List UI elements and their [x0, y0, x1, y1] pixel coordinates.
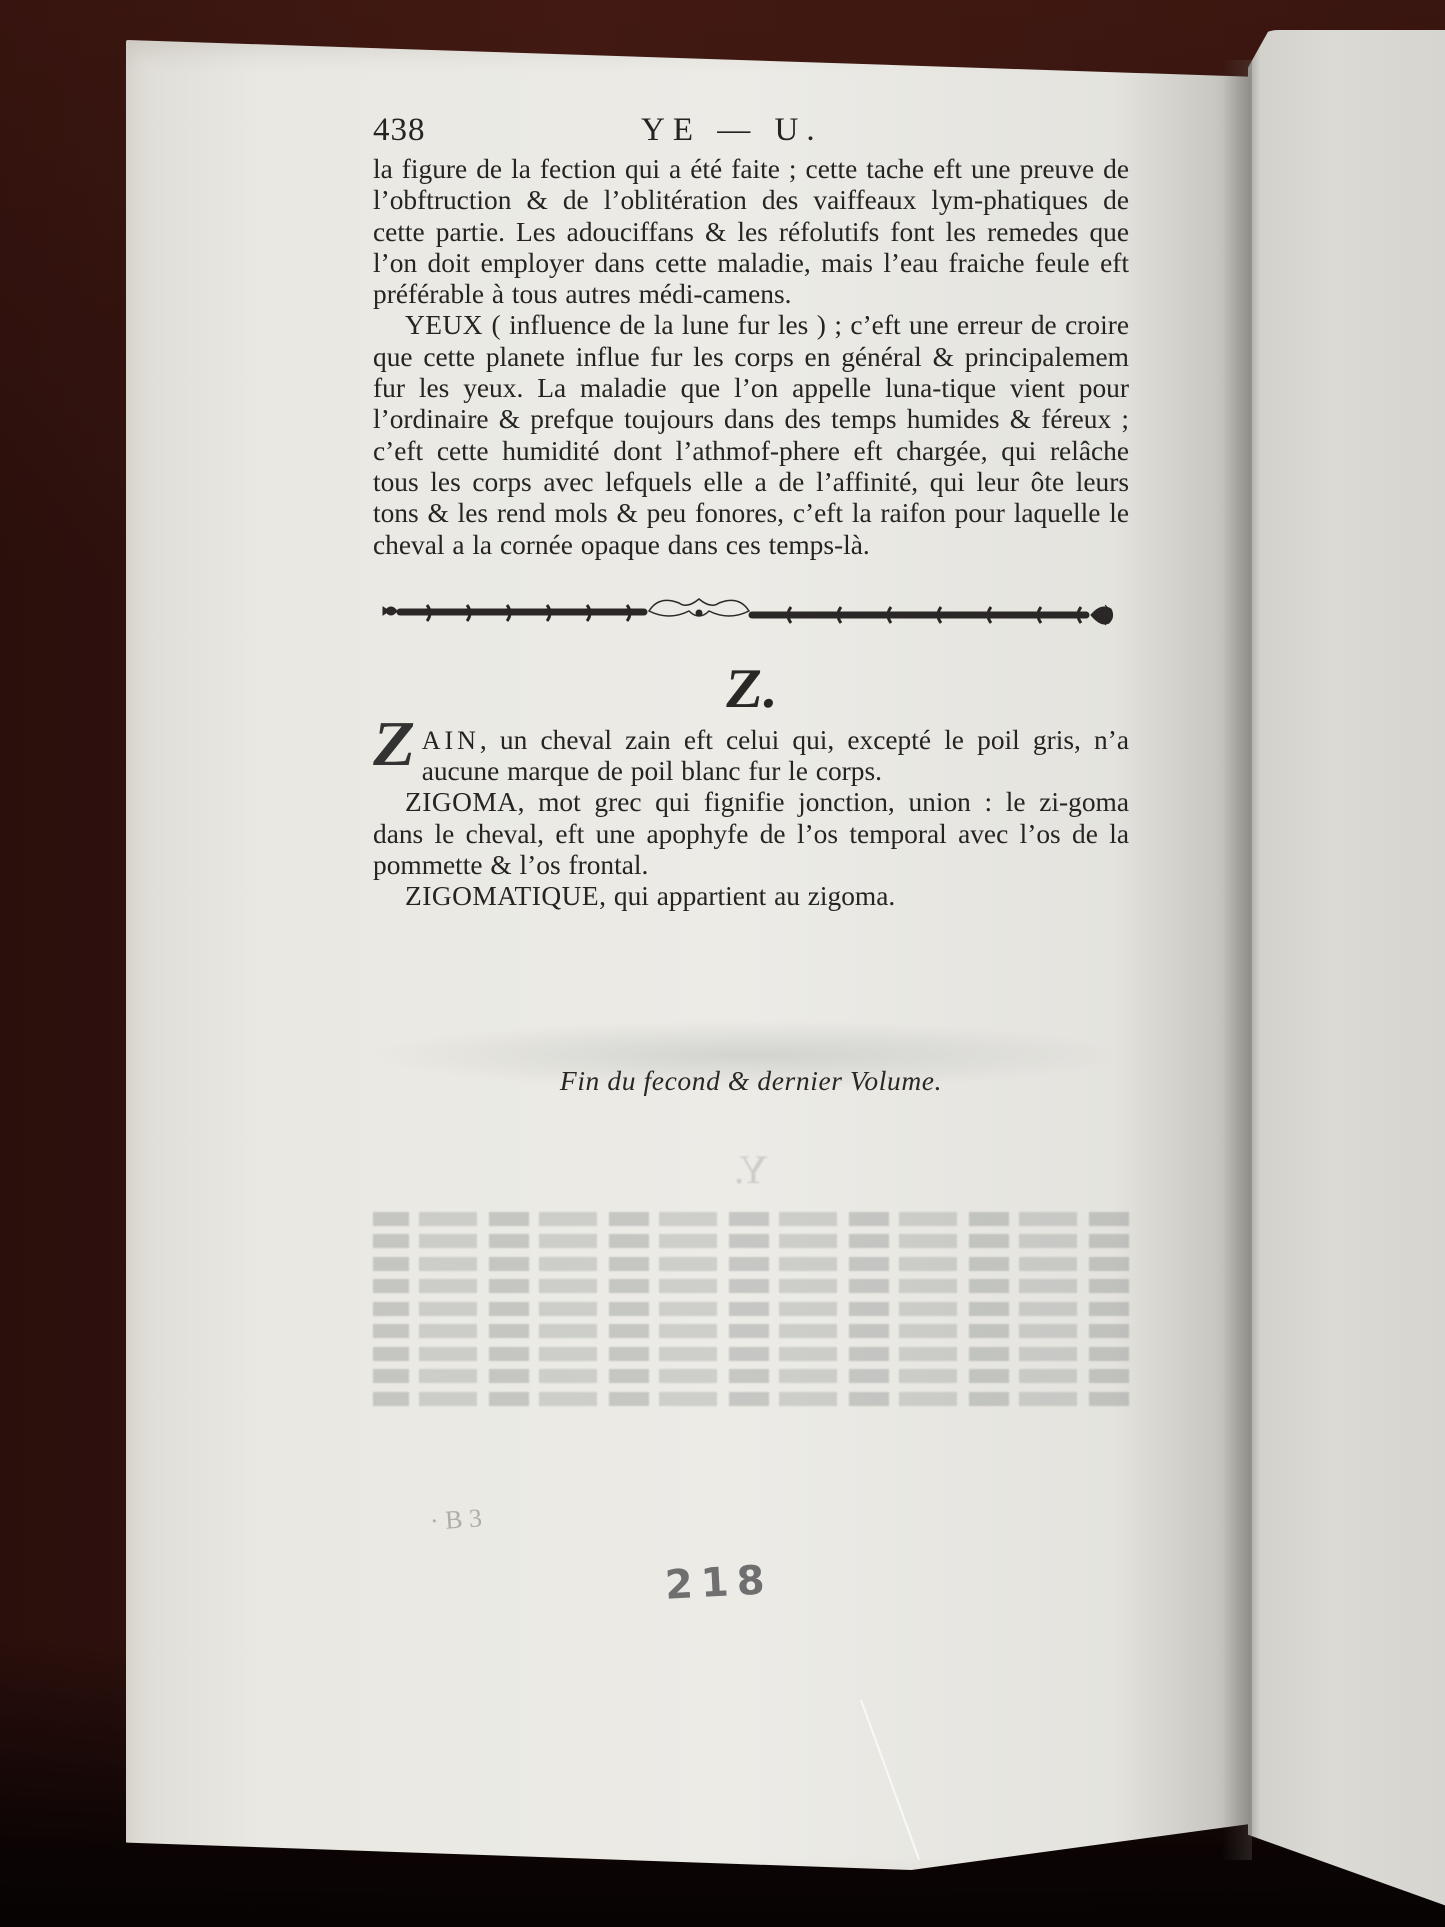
entry-zain: ZAIN, un cheval zain eft celui qui, exce…: [373, 725, 1129, 788]
dropcap-letter: Z: [369, 719, 419, 769]
headword-yeux: YEUX: [405, 310, 483, 340]
headword-zigoma: ZIGOMA: [405, 787, 518, 817]
bleed-through-heading: Y.: [373, 1155, 1129, 1186]
paragraph-continuation: la figure de la fection qui a été faite …: [373, 154, 1129, 310]
page-number: 438: [373, 112, 426, 149]
running-title: YE — U.: [641, 112, 823, 149]
entry-zigomatique-text: , qui appartient au zigoma.: [599, 881, 895, 911]
entry-zigoma: ZIGOMA, mot grec qui fignifie jonction, …: [373, 787, 1129, 881]
colophon: Fin du fecond & dernier Volume.: [373, 1065, 1129, 1097]
entry-zigomatique: ZIGOMATIQUE, qui appartient au zigoma.: [373, 881, 1129, 912]
section-letter-heading: Z.: [369, 657, 1132, 725]
entry-yeux-text: ( influence de la lune fur les ) ; c’eft…: [373, 310, 1129, 559]
headword-zigomatique: ZIGOMATIQUE: [405, 881, 599, 911]
entry-zain-text: , un cheval zain eft celui qui, excepté …: [422, 725, 1129, 786]
page-gutter-shadow: [1222, 60, 1252, 1860]
headword-zain: AIN: [422, 726, 480, 755]
text-column: 438 YE — U. la figure de la fection qui …: [373, 112, 1129, 913]
entry-yeux: YEUX ( influence de la lune fur les ) ; …: [373, 310, 1129, 560]
pencil-annotation: 218: [664, 1557, 774, 1609]
stray-ink-mark: · B 3: [429, 1503, 483, 1537]
running-head: 438 YE — U.: [373, 112, 1129, 154]
bleed-through-text: Y.: [373, 1155, 1129, 1525]
ornamental-divider-icon: [381, 597, 1121, 631]
facing-page-right: [1248, 30, 1445, 1910]
